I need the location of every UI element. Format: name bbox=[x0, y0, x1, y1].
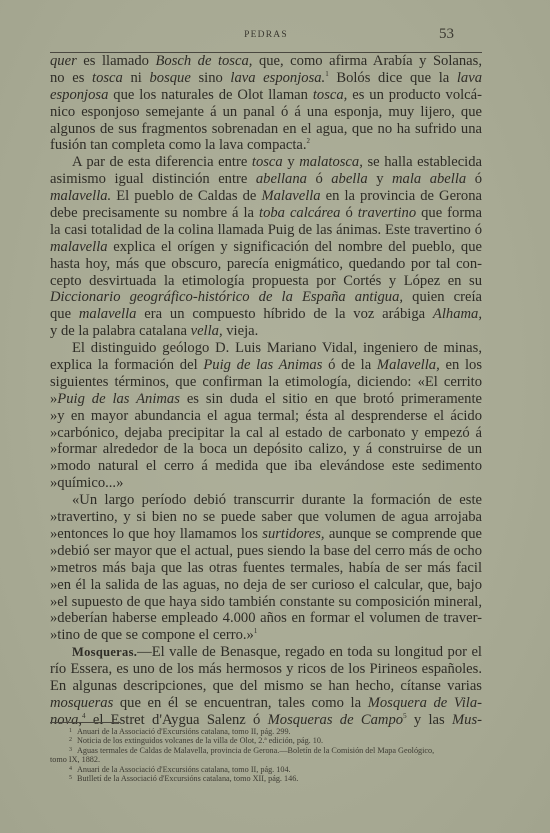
text-line: asimismo igual distinción entre abellana… bbox=[50, 171, 482, 188]
text-run: »debió ser mayor que el actual, pues sie… bbox=[50, 543, 482, 559]
text-run: explica el orígen y significación del no… bbox=[108, 239, 482, 255]
italic-text: Mosquera de Vila- bbox=[368, 695, 482, 711]
text-run: río Essera, es uno de los más hermosos y… bbox=[50, 661, 482, 677]
footnote-number: 4 bbox=[50, 765, 77, 774]
text-run: es un producto volcá- bbox=[347, 87, 482, 103]
italic-text: Bosch de tosca, bbox=[155, 53, 252, 69]
text-run: »travertino, y si bien no se puede saber… bbox=[50, 509, 482, 525]
italic-text: vella, bbox=[191, 323, 223, 339]
text-run: fusión tan completa como la lava compact… bbox=[50, 137, 307, 153]
italic-text: Malavella, bbox=[377, 357, 440, 373]
text-run: El distinguido geólogo D. Luis Mariano V… bbox=[72, 340, 482, 356]
footnote-ref: 1 bbox=[254, 627, 258, 635]
italic-text: tosca, bbox=[313, 87, 347, 103]
text-run: debe precisamente su nombre á la bbox=[50, 205, 259, 221]
italic-text: quer bbox=[50, 53, 77, 69]
italic-text: lava esponjosa. bbox=[230, 70, 325, 86]
text-line: quer es llamado Bosch de tosca, que, com… bbox=[50, 53, 482, 70]
italic-text: Diccionario geográfico-histórico de la E… bbox=[50, 289, 403, 305]
text-line: »modo natural el cerro á medida que iba … bbox=[50, 458, 482, 475]
text-line: malavella. El pueblo de Caldas de Malave… bbox=[50, 188, 482, 205]
text-line: cepto desvirtuada la etimología propuest… bbox=[50, 273, 482, 290]
text-line: no es tosca ni bosque sino lava esponjos… bbox=[50, 70, 482, 87]
footnote-rule bbox=[50, 722, 120, 723]
text-line: »en él la salida de las aguas, no deja d… bbox=[50, 577, 482, 594]
italic-text: surtidores, bbox=[262, 526, 324, 542]
text-line: Mosqueras.—El valle de Benasque, regado … bbox=[50, 644, 482, 661]
italic-text: Puig de las Animas bbox=[57, 391, 180, 407]
section-heading: Mosqueras. bbox=[72, 645, 137, 659]
text-run: A par de esta diferencia entre bbox=[72, 154, 252, 170]
text-line: siguientes términos, que confirman la et… bbox=[50, 374, 482, 391]
text-run: »el supuesto de que haya sido también co… bbox=[50, 594, 482, 610]
text-line: mosqueras que en él se encuentran, tales… bbox=[50, 695, 482, 712]
footnote-number: 2 bbox=[50, 736, 77, 745]
text-run: explica la formación del bbox=[50, 357, 203, 373]
text-line: nico esponjoso semejante á un panal ó á … bbox=[50, 104, 482, 121]
footnote-ref: 2 bbox=[307, 137, 311, 145]
text-run: »metros más baja que las otras fuentes t… bbox=[50, 560, 482, 576]
text-line: »Puig de las Animas es sin duda el sitio… bbox=[50, 391, 482, 408]
text-run: ó bbox=[340, 205, 357, 221]
italic-text: malavella bbox=[50, 239, 108, 255]
footnote-number: 5 bbox=[50, 774, 77, 783]
text-run: y bbox=[283, 154, 300, 170]
text-run: y de la palabra catalana bbox=[50, 323, 191, 339]
text-line: Diccionario geográfico-histórico de la E… bbox=[50, 289, 482, 306]
italic-text: tosca bbox=[92, 70, 123, 86]
italic-text: nova, bbox=[50, 712, 82, 728]
italic-text: esponjosa bbox=[50, 87, 108, 103]
text-run: se halla establecida bbox=[363, 154, 482, 170]
text-run: En algunas descripciones, que del mismo … bbox=[50, 678, 482, 694]
text-run: —El valle de Benasque, regado en toda su… bbox=[137, 644, 482, 660]
text-run: »entonces lo que hoy llamamos los bbox=[50, 526, 262, 542]
book-page: PEDRAS 53 quer es llamado Bosch de tosca… bbox=[0, 0, 550, 833]
footnote-text: Butlletí de la Associació d'Excursións c… bbox=[77, 774, 298, 783]
text-run: hasta hoy, más que obscuro, parecía enig… bbox=[50, 256, 482, 272]
text-run: »químico...» bbox=[50, 475, 123, 491]
text-line: »y en mayor abundancia el agua termal; é… bbox=[50, 408, 482, 425]
italic-text: bosque bbox=[149, 70, 190, 86]
footnote: tomo IX, 1882. bbox=[50, 755, 482, 764]
text-line: »debió ser mayor que el actual, pues sie… bbox=[50, 543, 482, 560]
italic-text: mosqueras bbox=[50, 695, 113, 711]
italic-text: Alhama, bbox=[433, 306, 482, 322]
footnote-text: Anuari de la Associació d'Excursións cat… bbox=[77, 765, 291, 774]
footnote: 1Anuari de la Associació d'Excursións ca… bbox=[50, 727, 482, 736]
text-run: «Un largo período debió transcurrir dura… bbox=[72, 492, 482, 508]
text-run: ó bbox=[466, 171, 482, 187]
text-run: era un compuesto híbrido de la voz arábi… bbox=[136, 306, 432, 322]
footnote: 5Butlletí de la Associació d'Excursións … bbox=[50, 774, 482, 783]
text-line: debe precisamente su nombre á la toba ca… bbox=[50, 205, 482, 222]
italic-text: abellana bbox=[256, 171, 307, 187]
running-head: PEDRAS bbox=[50, 30, 482, 40]
footnotes: 1Anuari de la Associació d'Excursións ca… bbox=[50, 727, 482, 783]
page-number: 53 bbox=[439, 26, 454, 43]
text-line: hasta hoy, más que obscuro, parecía enig… bbox=[50, 256, 482, 273]
text-line: explica la formación del Puig de las Ani… bbox=[50, 357, 482, 374]
footnote: 2Noticia de los extinguidos volcanes de … bbox=[50, 736, 482, 745]
italic-text: tosca bbox=[252, 154, 283, 170]
text-line: que malavella era un compuesto híbrido d… bbox=[50, 306, 482, 323]
italic-text: toba calcárea bbox=[259, 205, 340, 221]
text-run: nico esponjoso semejante á un panal ó á … bbox=[50, 104, 482, 120]
text-run: y bbox=[368, 171, 392, 187]
text-line: »el supuesto de que haya sido también co… bbox=[50, 594, 482, 611]
text-run: Bolós dice que la bbox=[329, 70, 457, 86]
footnote: 3Aguas termales de Caldas de Malavella, … bbox=[50, 746, 482, 755]
text-run: la casi totalidad de la colina llamada P… bbox=[50, 222, 482, 238]
text-line: »químico...» bbox=[50, 475, 482, 492]
footnote-text: tomo IX, 1882. bbox=[50, 755, 100, 764]
text-run: en la provincia de Gerona bbox=[321, 188, 482, 204]
footnote-number: 1 bbox=[50, 727, 77, 736]
text-line: »travertino, y si bien no se puede saber… bbox=[50, 509, 482, 526]
italic-text: Malavella bbox=[261, 188, 320, 204]
text-run: »y en mayor abundancia el agua termal; é… bbox=[50, 408, 482, 424]
text-line: »formar alrededor de la boca un depósito… bbox=[50, 441, 482, 458]
text-run: algunos de sus fragmentos sobrenadan en … bbox=[50, 121, 482, 137]
body-text: quer es llamado Bosch de tosca, que, com… bbox=[50, 53, 482, 729]
text-line: y de la palabra catalana vella, vieja. bbox=[50, 323, 482, 340]
text-run: vieja. bbox=[223, 323, 259, 339]
text-run: ni bbox=[123, 70, 150, 86]
text-run: que forma bbox=[416, 205, 482, 221]
text-run: que en él se encuentran, tales como la bbox=[113, 695, 367, 711]
text-line: »tino de que se compone el cerro.»1 bbox=[50, 627, 482, 644]
italic-text: malavella bbox=[79, 306, 137, 322]
text-run: que bbox=[50, 306, 79, 322]
text-line: malavella explica el orígen y significac… bbox=[50, 239, 482, 256]
text-run: ó de la bbox=[322, 357, 377, 373]
text-run: el Estret d'Aygua Salenz ó bbox=[86, 712, 268, 728]
text-run: El pueblo de Caldas de bbox=[111, 188, 261, 204]
text-run: que, como afirma Arabía y Solanas, bbox=[252, 53, 482, 69]
text-line: «Un largo período debió transcurrir dura… bbox=[50, 492, 482, 509]
text-run: »en él la salida de las aguas, no deja d… bbox=[50, 577, 482, 593]
text-line: »carbónico, dejaba precipitar la cal al … bbox=[50, 425, 482, 442]
italic-text: lava bbox=[457, 70, 482, 86]
text-line: En algunas descripciones, que del mismo … bbox=[50, 678, 482, 695]
text-run: asimismo igual distinción entre bbox=[50, 171, 256, 187]
text-run: aunque se comprende que bbox=[325, 526, 482, 542]
text-run: es llamado bbox=[77, 53, 156, 69]
text-line: la casi totalidad de la colina llamada P… bbox=[50, 222, 482, 239]
text-run: »formar alrededor de la boca un depósito… bbox=[50, 441, 482, 457]
italic-text: Mosqueras de Campo bbox=[268, 712, 403, 728]
text-run: »deberían haberse empleado 4.000 años en… bbox=[50, 610, 482, 626]
text-run: en los bbox=[440, 357, 482, 373]
italic-text: travertino bbox=[358, 205, 416, 221]
text-run: quien creía bbox=[403, 289, 482, 305]
italic-text: malavella. bbox=[50, 188, 111, 204]
text-run: cepto desvirtuada la etimología propuest… bbox=[50, 273, 482, 289]
text-run: »tino de que se compone el cerro.» bbox=[50, 627, 254, 643]
text-line: río Essera, es uno de los más hermosos y… bbox=[50, 661, 482, 678]
footnote-text: Anuari de la Associació d'Excursións cat… bbox=[77, 727, 291, 736]
text-run: que los naturales de Olot llaman bbox=[108, 87, 312, 103]
text-run: »modo natural el cerro á medida que iba … bbox=[50, 458, 482, 474]
page-header: PEDRAS 53 bbox=[50, 26, 482, 46]
italic-text: mala abella bbox=[392, 171, 466, 187]
text-line: »metros más baja que las otras fuentes t… bbox=[50, 560, 482, 577]
italic-text: Puig de las Animas bbox=[203, 357, 322, 373]
footnote-number: 3 bbox=[50, 746, 77, 755]
text-line: »entonces lo que hoy llamamos los surtid… bbox=[50, 526, 482, 543]
italic-text: abella bbox=[331, 171, 367, 187]
text-run: ó bbox=[307, 171, 331, 187]
text-line: fusión tan completa como la lava compact… bbox=[50, 137, 482, 154]
text-line: El distinguido geólogo D. Luis Mariano V… bbox=[50, 340, 482, 357]
text-run: siguientes términos, que confirman la et… bbox=[50, 374, 482, 390]
italic-text: Mus- bbox=[452, 712, 482, 728]
italic-text: malatosca, bbox=[299, 154, 363, 170]
footnote-text: Noticia de los extinguidos volcanes de l… bbox=[77, 736, 323, 745]
text-run: »carbónico, dejaba precipitar la cal al … bbox=[50, 425, 482, 441]
text-line: esponjosa que los naturales de Olot llam… bbox=[50, 87, 482, 104]
text-run: sino bbox=[191, 70, 231, 86]
text-run: es sin duda el sitio en que brotó primer… bbox=[180, 391, 482, 407]
footnote-text: Aguas termales de Caldas de Malavella, p… bbox=[77, 746, 434, 755]
footnote: 4Anuari de la Associació d'Excursións ca… bbox=[50, 765, 482, 774]
text-line: algunos de sus fragmentos sobrenadan en … bbox=[50, 121, 482, 138]
text-line: A par de esta diferencia entre tosca y m… bbox=[50, 154, 482, 171]
text-run: y las bbox=[407, 712, 452, 728]
text-run: no es bbox=[50, 70, 92, 86]
text-line: »deberían haberse empleado 4.000 años en… bbox=[50, 610, 482, 627]
